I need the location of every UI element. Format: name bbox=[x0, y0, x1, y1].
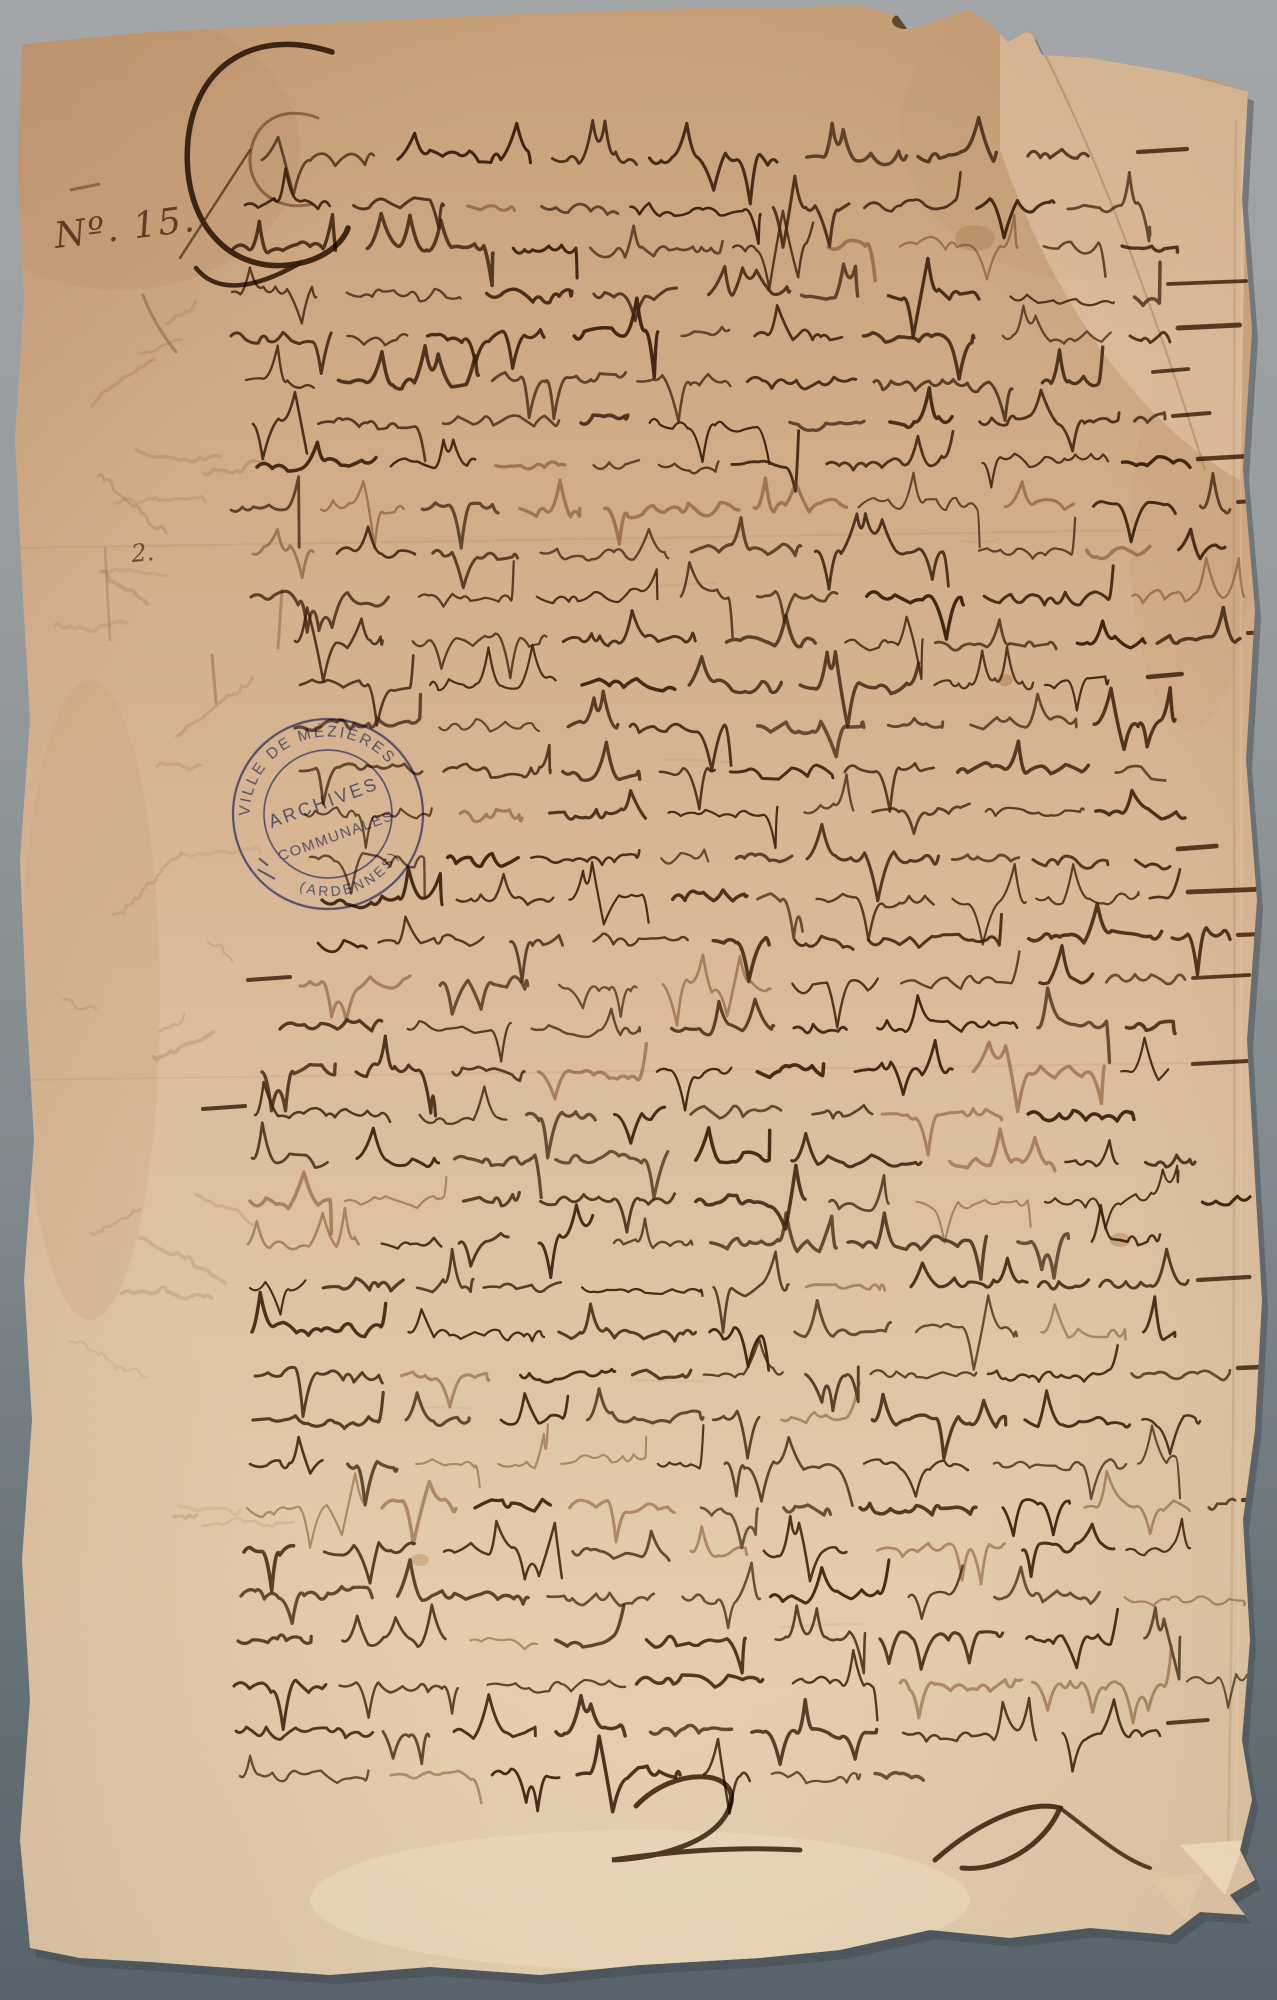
document-scan: Nº. 15. 2. VILLE DE MÉZIÈRES ARCHIVES CO… bbox=[0, 0, 1277, 2000]
top-edge-nick bbox=[892, 13, 918, 29]
margin-numeral: 2. bbox=[129, 538, 155, 568]
